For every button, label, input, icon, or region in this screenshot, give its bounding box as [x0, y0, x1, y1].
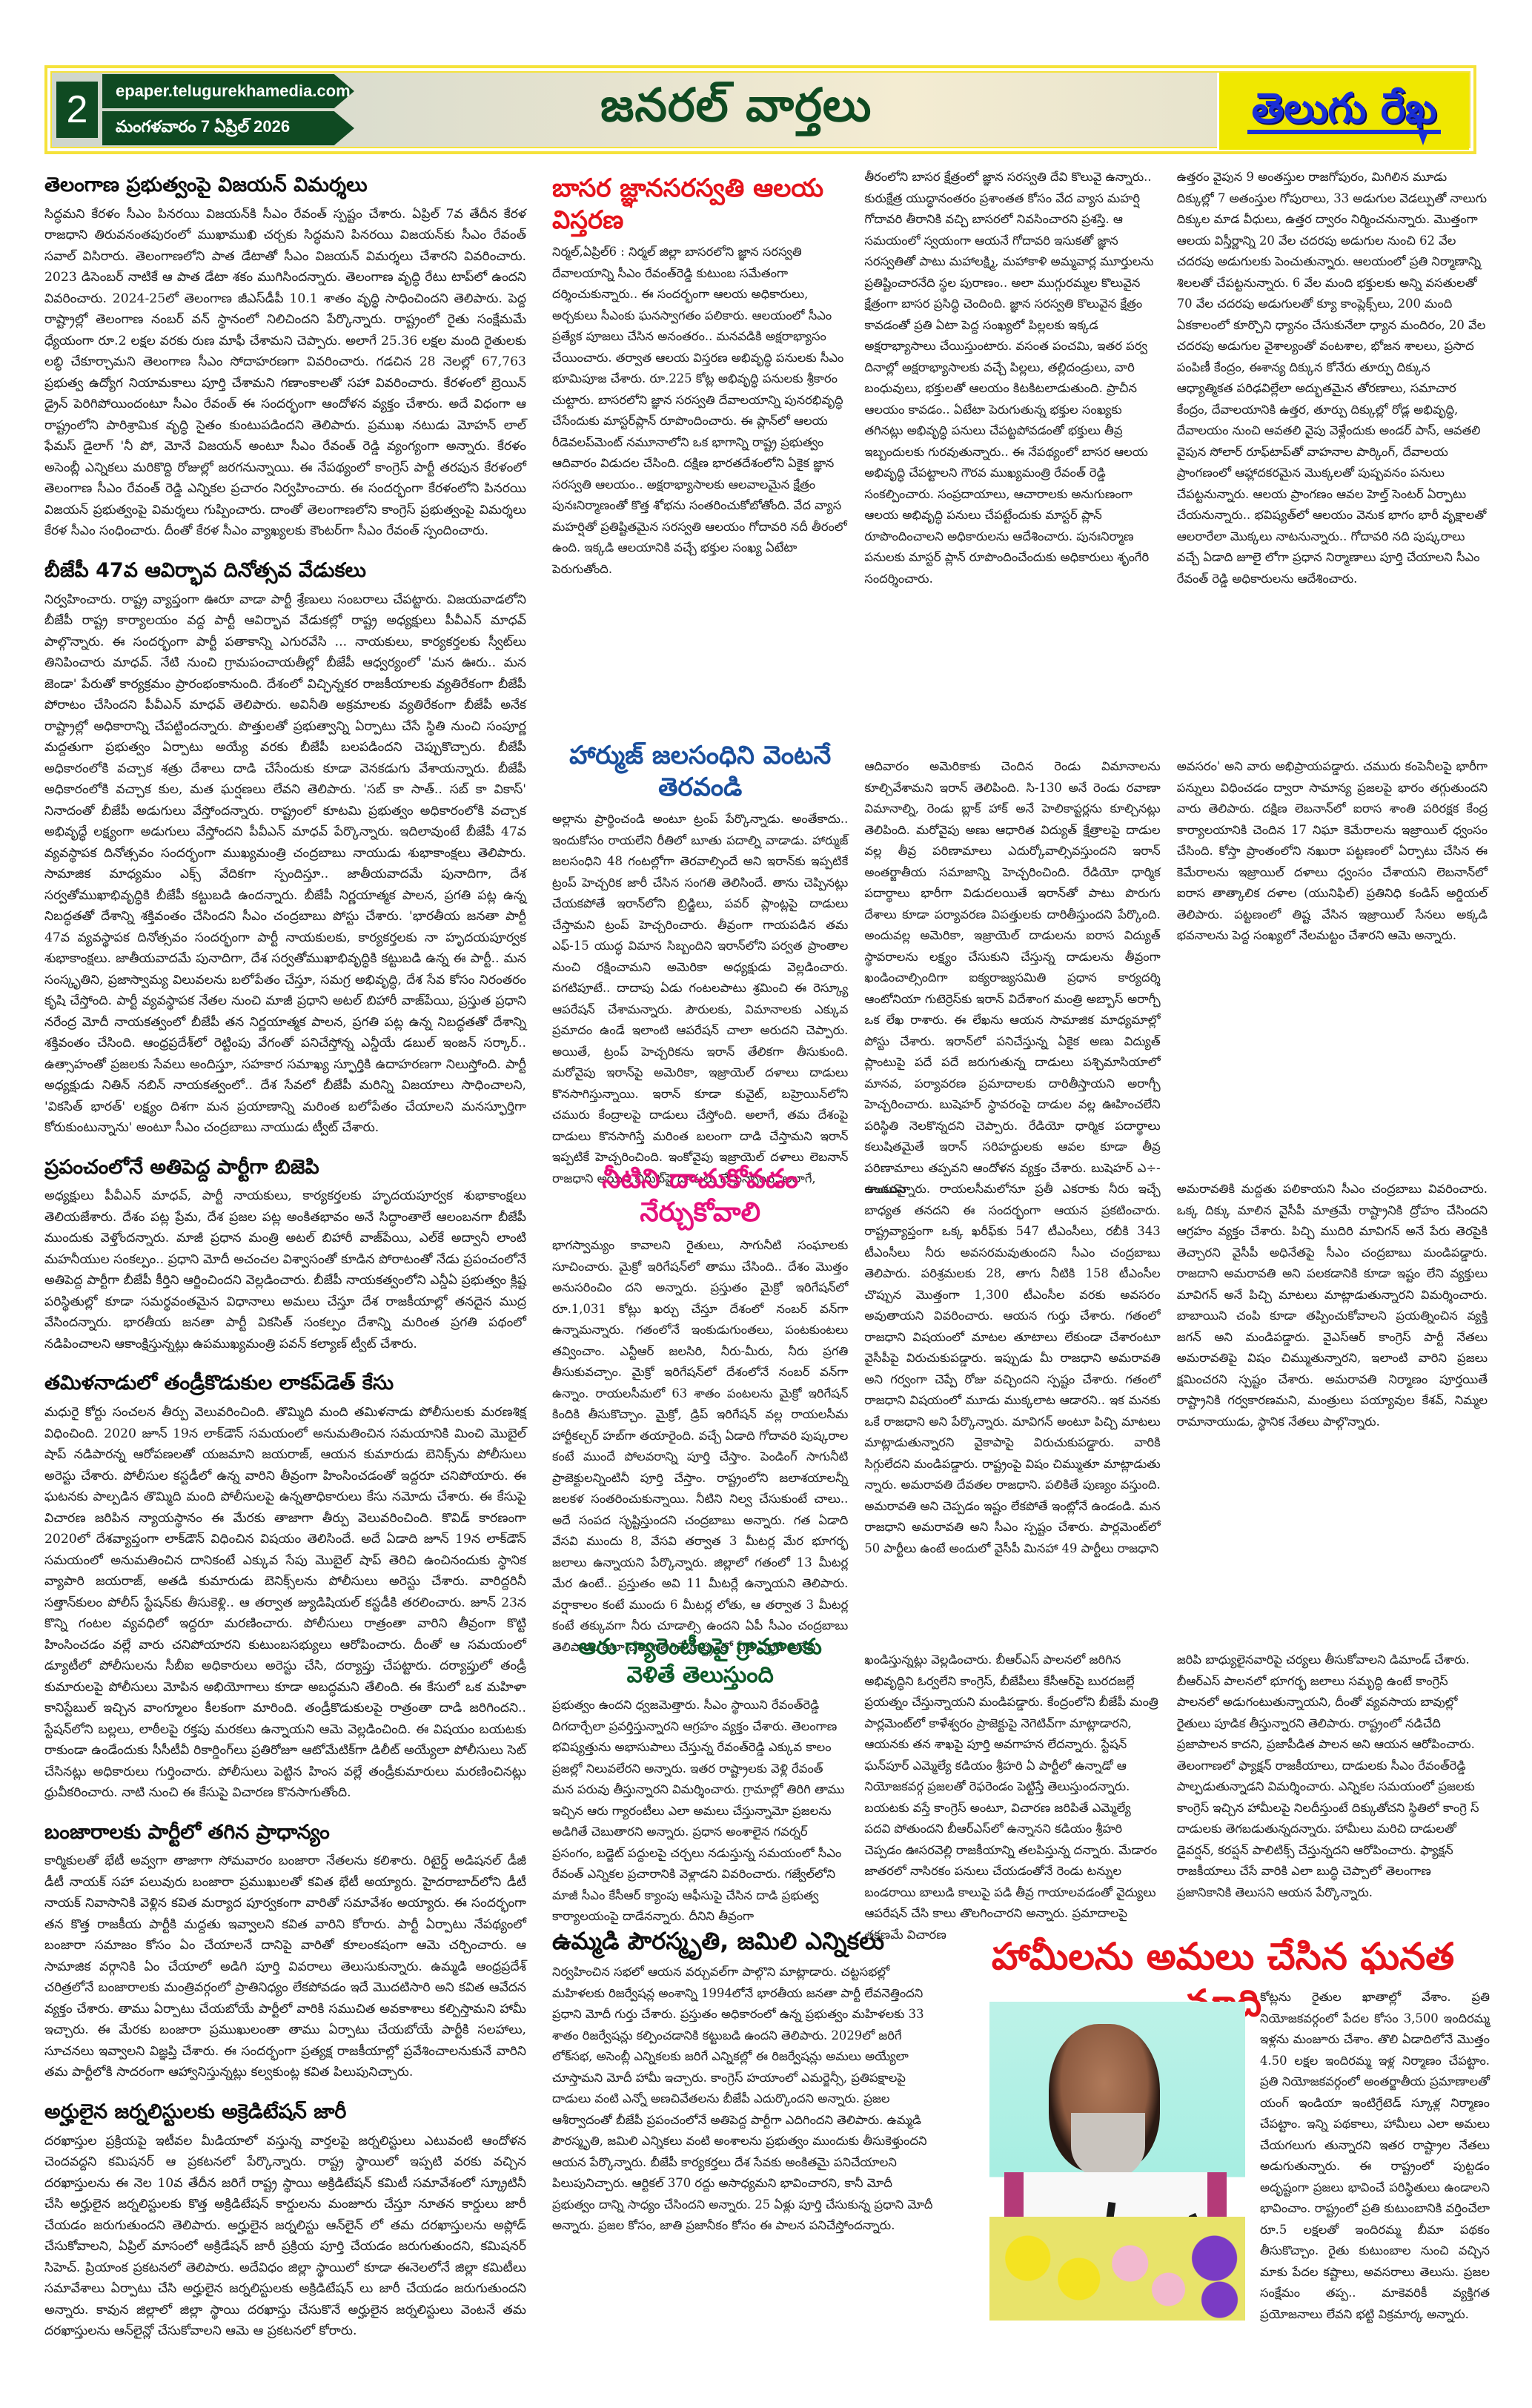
article-body: దరఖాస్తుల ప్రక్రియపై ఇటీవల మీడియాలో వస్త… — [44, 2131, 526, 2342]
article-headline[interactable]: బంజారాలకు పార్టీలో తగిన ప్రాధాన్యం — [44, 1820, 526, 1845]
issue-date: మంగళవారం 7 ఏప్రిల్ 2026 — [102, 111, 354, 145]
article-headline[interactable]: తమిళనాడులో తండ్రీకొడుకుల లాకప్‌డెత్ కేసు — [44, 1371, 526, 1396]
article-headline[interactable]: నీటిని దాచుకోవడం నేర్చుకోవాలి — [552, 1162, 848, 1229]
article-body: కోట్లను రైతుల ఖాతాల్లో వేశాం. ప్రతి నియో… — [1260, 1987, 1490, 2325]
masthead-banner: 2 epaper.telugurekhamedia.com మంగళవారం 7… — [50, 71, 1470, 148]
article-ucc-jamili: ఉమ్మడి పౌరస్మృతి, జమిలి ఎన్నికలు నిర్వహి… — [552, 1920, 938, 2253]
article-water-conservation: నీటిని దాచుకోవడం నేర్చుకోవాలి భాగస్వామ్య… — [552, 1157, 1488, 1674]
article-body-col1: నిర్మల్,ఏప్రిల్6 : నిర్మల్ జిల్లా బాసరలో… — [552, 242, 848, 580]
article-journalist-accreditation: అర్హులైన జర్నలిస్టులకు అక్రెడిటేషన్ జారీ… — [44, 2100, 526, 2342]
speaker-photo[interactable] — [989, 2002, 1245, 2321]
article-body-col3: అవసరం' అని వారు అభిప్రాయపడ్డారు. చమురు క… — [1177, 756, 1488, 947]
article-body-col1: భాగస్వామ్యం కావాలని రైతులు, సాగునీటి సంఘ… — [552, 1235, 848, 1658]
article-bjp-foundation-day: బీజేపీ 47వ ఆవిర్భావ దినోత్సవ వేడుకలు నిర… — [44, 558, 526, 1139]
article-largest-party: ప్రపంచంలోనే అతిపెద్ద పార్టీగా బిజెపి అధ్… — [44, 1155, 526, 1355]
brand-logo: తెలుగు రేఖ — [1247, 88, 1442, 134]
article-body: నిర్వహించిన సభలో ఆయన వర్చువల్‌గా పాల్గొన… — [552, 1962, 938, 2237]
article-body: సిద్ధమని కేరళం సీఎం పినరయి విజయన్‌కి సీఎ… — [44, 204, 526, 542]
article-body-col2: తీరంలోని బాసర క్షేత్రంలో జ్ఞాన సరస్వతి ద… — [864, 167, 1160, 589]
article-body-col3: అమరావతికి మద్దతు పలికాయని సీఎం చంద్రబాబు… — [1177, 1179, 1488, 1432]
left-column: తెలంగాణ ప్రభుత్వంపై విజయన్ విమర్శలు సిద్… — [44, 167, 526, 2358]
article-body-col3: జరిపి బాధ్యులైనవారిపై చర్యలు తీసుకోవాలని… — [1177, 1650, 1488, 1903]
article-telangana-vijayan: తెలంగాణ ప్రభుత్వంపై విజయన్ విమర్శలు సిద్… — [44, 173, 526, 542]
article-headline[interactable]: బాసర జ్ఞానసరస్వతి ఆలయ విస్తరణ — [552, 173, 848, 236]
article-body: మధురై కోర్టు సంచలన తీర్పు వెలువరించింది.… — [44, 1402, 526, 1804]
article-six-guarantees: ఆరు గ్యారెంటీలపై గ్రామాలకు వెళితే తెలుస్… — [552, 1627, 1488, 1962]
article-body: నిర్వహించారు. రాష్ట్ర వ్యాప్తంగా ఊరూ వాడ… — [44, 589, 526, 1139]
article-tamilnadu-lockup-death: తమిళనాడులో తండ్రీకొడుకుల లాకప్‌డెత్ కేసు… — [44, 1371, 526, 1803]
article-headline[interactable]: హార్ముజ్ జలసంధిని వెంటనే తెరవండి — [552, 740, 848, 803]
pen-nib-icon — [1419, 133, 1427, 145]
article-body-col2: ఖండిస్తున్నట్లు వెల్లడించారు. బీఆర్ఎస్ ప… — [864, 1650, 1160, 1945]
article-headline[interactable]: బీజేపీ 47వ ఆవిర్భావ దినోత్సవ వేడుకలు — [44, 558, 526, 583]
masthead: 2 epaper.telugurekhamedia.com మంగళవారం 7… — [44, 65, 1476, 154]
article-body: అధ్యక్షులు పీవీఎన్ మాధవ్, పార్టీ నాయకులు… — [44, 1185, 526, 1354]
article-body-col3: ఉత్తరం వైపున 9 అంతస్తుల రాజగోపురం, మిగిల… — [1177, 167, 1488, 589]
article-headline[interactable]: అర్హులైన జర్నలిస్టులకు అక్రెడిటేషన్ జారీ — [44, 2100, 526, 2125]
article-headline[interactable]: ఆరు గ్యారెంటీలపై గ్రామాలకు వెళితే తెలుస్… — [552, 1633, 848, 1689]
photo-beard — [1071, 2113, 1145, 2180]
website-link[interactable]: epaper.telugurekhamedia.com — [102, 74, 354, 108]
article-banjara: బంజారాలకు పార్టీలో తగిన ప్రాధాన్యం కార్మ… — [44, 1820, 526, 2083]
article-body: కార్మికులతో భేటీ అవ్వగా తాజాగా సోమవారం బ… — [44, 1850, 526, 2083]
article-headline[interactable]: ఉమ్మడి పౌరస్మృతి, జమిలి ఎన్నికలు — [552, 1926, 938, 1956]
article-headline[interactable]: ప్రపంచంలోనే అతిపెద్ద పార్టీగా బిజెపి — [44, 1155, 526, 1180]
page-number: 2 — [56, 82, 98, 138]
article-body-col1: అల్లాను ప్రార్థించండి అంటూ ట్రంప్ పేర్కొ… — [552, 809, 848, 1189]
article-body-col2: ఉండదన్నారు. రాయలసీమలోనూ ప్రతీ ఎకరాకు నీర… — [864, 1179, 1160, 1559]
article-body-col2: ఆదివారం అమెరికాకు చెందిన రెండు విమానాలను… — [864, 756, 1160, 1200]
article-headline[interactable]: తెలంగాణ ప్రభుత్వంపై విజయన్ విమర్శలు — [44, 173, 526, 198]
brand-logo-box[interactable]: తెలుగు రేఖ — [1217, 73, 1469, 150]
section-title: జనరల్ వార్తలు — [600, 77, 872, 144]
flower-bouquet — [989, 2217, 1245, 2321]
article-basara-temple: బాసర జ్ఞానసరస్వతి ఆలయ విస్తరణ నిర్మల్,ఏప… — [552, 167, 1488, 606]
article-body-col1: ప్రభుత్వం ఉందని ధ్వజమెత్తారు. సీఎం స్థాయ… — [552, 1695, 848, 1928]
article-hormuz: హార్ముజ్ జలసంధిని వెంటనే తెరవండి అల్లాను… — [552, 734, 1488, 1217]
